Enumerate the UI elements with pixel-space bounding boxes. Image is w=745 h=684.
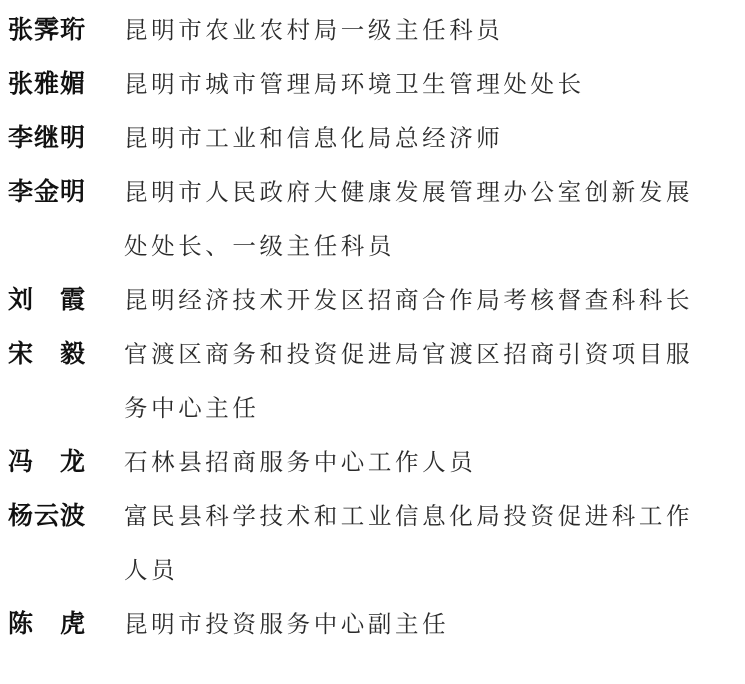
title-line: 昆明市农业农村局一级主任科员 bbox=[124, 3, 745, 57]
list-item: 李继明 昆明市工业和信息化局总经济师 bbox=[0, 111, 745, 165]
title-line: 务中心主任 bbox=[124, 381, 745, 435]
title-line: 石林县招商服务中心工作人员 bbox=[124, 435, 745, 489]
person-title: 富民县科学技术和工业信息化局投资促进科工作 人员 bbox=[116, 489, 745, 597]
list-item: 张雅媚 昆明市城市管理局环境卫生管理处处长 bbox=[0, 57, 745, 111]
personnel-list: 张霁珩 昆明市农业农村局一级主任科员 张雅媚 昆明市城市管理局环境卫生管理处处长… bbox=[0, 3, 745, 651]
list-item: 杨云波 富民县科学技术和工业信息化局投资促进科工作 人员 bbox=[0, 489, 745, 597]
person-title: 昆明市投资服务中心副主任 bbox=[116, 597, 745, 651]
person-name: 李金明 bbox=[0, 165, 116, 219]
list-item: 李金明 昆明市人民政府大健康发展管理办公室创新发展 处处长、一级主任科员 bbox=[0, 165, 745, 273]
person-title: 昆明市工业和信息化局总经济师 bbox=[116, 111, 745, 165]
list-item: 宋 毅 官渡区商务和投资促进局官渡区招商引资项目服 务中心主任 bbox=[0, 327, 745, 435]
person-title: 官渡区商务和投资促进局官渡区招商引资项目服 务中心主任 bbox=[116, 327, 745, 435]
title-line: 昆明市人民政府大健康发展管理办公室创新发展 bbox=[124, 165, 745, 219]
title-line: 昆明市工业和信息化局总经济师 bbox=[124, 111, 745, 165]
person-title: 昆明市城市管理局环境卫生管理处处长 bbox=[116, 57, 745, 111]
person-title: 昆明市人民政府大健康发展管理办公室创新发展 处处长、一级主任科员 bbox=[116, 165, 745, 273]
person-title: 昆明经济技术开发区招商合作局考核督查科科长 bbox=[116, 273, 745, 327]
person-name: 宋 毅 bbox=[0, 327, 116, 381]
person-name: 李继明 bbox=[0, 111, 116, 165]
title-line: 富民县科学技术和工业信息化局投资促进科工作 bbox=[124, 489, 745, 543]
person-name: 陈 虎 bbox=[0, 597, 116, 651]
person-name: 杨云波 bbox=[0, 489, 116, 543]
person-name: 张霁珩 bbox=[0, 3, 116, 57]
title-line: 处处长、一级主任科员 bbox=[124, 219, 745, 273]
title-line: 昆明市城市管理局环境卫生管理处处长 bbox=[124, 57, 745, 111]
person-title: 昆明市农业农村局一级主任科员 bbox=[116, 3, 745, 57]
title-line: 人员 bbox=[124, 543, 745, 597]
list-item: 冯 龙 石林县招商服务中心工作人员 bbox=[0, 435, 745, 489]
list-item: 陈 虎 昆明市投资服务中心副主任 bbox=[0, 597, 745, 651]
person-name: 冯 龙 bbox=[0, 435, 116, 489]
person-name: 刘 霞 bbox=[0, 273, 116, 327]
list-item: 刘 霞 昆明经济技术开发区招商合作局考核督查科科长 bbox=[0, 273, 745, 327]
list-item: 张霁珩 昆明市农业农村局一级主任科员 bbox=[0, 3, 745, 57]
title-line: 官渡区商务和投资促进局官渡区招商引资项目服 bbox=[124, 327, 745, 381]
person-title: 石林县招商服务中心工作人员 bbox=[116, 435, 745, 489]
title-line: 昆明经济技术开发区招商合作局考核督查科科长 bbox=[124, 273, 745, 327]
person-name: 张雅媚 bbox=[0, 57, 116, 111]
title-line: 昆明市投资服务中心副主任 bbox=[124, 597, 745, 651]
